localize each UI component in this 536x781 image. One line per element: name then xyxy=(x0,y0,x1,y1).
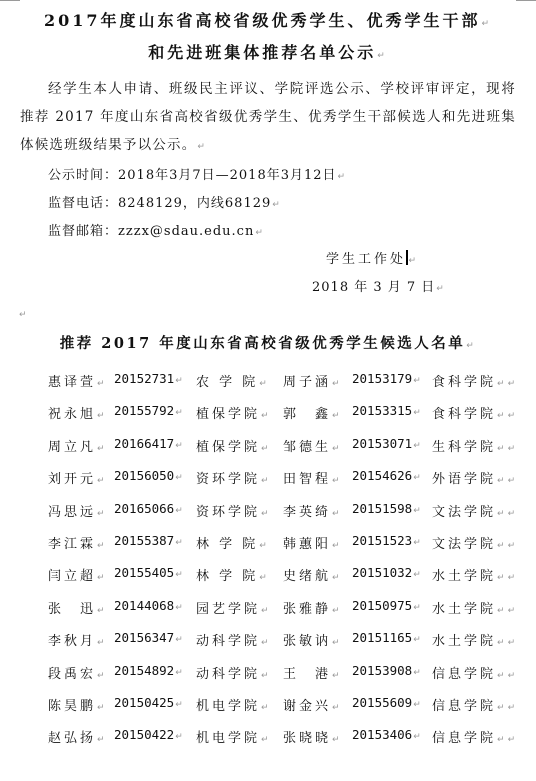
table-row: 陈昊鹏↵20150425↵机电学院↵谢金兴↵20155609↵信息学院↵↵ xyxy=(0,695,536,717)
cell-end-mark-icon: ↵ xyxy=(261,606,272,616)
cell-college1: 植保学院↵ xyxy=(196,403,272,422)
cell-id2: 20151165↵ xyxy=(352,630,421,645)
cell-end-mark-icon: ↵ xyxy=(175,700,183,710)
cell-id2: 20153406↵ xyxy=(352,727,421,742)
cell-id2: 20151032↵ xyxy=(352,565,421,580)
cell-college2: 文法学院↵↵ xyxy=(432,533,518,552)
cell-id1: 20165066↵ xyxy=(114,501,183,516)
cell-id2: 20153179↵ xyxy=(352,371,421,386)
cell-name2: 史绪航↵ xyxy=(283,565,343,584)
cell-end-mark-icon: ↵ xyxy=(413,408,421,418)
cell-college2: 生科学院↵↵ xyxy=(432,436,518,455)
cell-id2: 20150975↵ xyxy=(352,598,421,613)
phone-line: 监督电话：8248129，内线68129↵ xyxy=(48,192,281,211)
cell-name1: 祝永旭↵ xyxy=(48,403,108,422)
cell-end-mark-icon: ↵ xyxy=(413,441,421,451)
row-end-mark-icon: ↵ xyxy=(508,476,519,486)
table-row: 闫立超↵20155405↵林 学 院↵史绪航↵20151032↵水土学院↵↵ xyxy=(0,565,536,587)
cell-end-mark-icon: ↵ xyxy=(261,671,272,681)
cell-end-mark-icon: ↵ xyxy=(413,473,421,483)
cell-id1: 20144068↵ xyxy=(114,598,183,613)
cell-end-mark-icon: ↵ xyxy=(497,509,508,519)
cell-end-mark-icon: ↵ xyxy=(332,703,343,713)
list-title: 推荐 2017 年度山东省高校省级优秀学生候选人名单↵ xyxy=(0,332,536,353)
cell-name1: 刘开元↵ xyxy=(48,468,108,487)
cell-end-mark-icon: ↵ xyxy=(413,603,421,613)
paragraph-mark-icon: ↵ xyxy=(338,172,347,182)
cell-name2: 张雅静↵ xyxy=(283,598,343,617)
table-row: 李秋月↵20156347↵动科学院↵张敏讷↵20151165↵水土学院↵↵ xyxy=(0,630,536,652)
table-row: 李江霖↵20155387↵林 学 院↵韩蕙阳↵20151523↵文法学院↵↵ xyxy=(0,533,536,555)
cell-college2: 信息学院↵↵ xyxy=(432,727,518,746)
cell-end-mark-icon: ↵ xyxy=(261,509,272,519)
row-end-mark-icon: ↵ xyxy=(508,671,519,681)
table-row: 祝永旭↵20155792↵植保学院↵郭 鑫↵20153315↵食科学院↵↵ xyxy=(0,403,536,425)
cell-end-mark-icon: ↵ xyxy=(175,570,183,580)
cell-college2: 水土学院↵↵ xyxy=(432,630,518,649)
cell-college1: 林 学 院↵ xyxy=(196,533,270,552)
cell-end-mark-icon: ↵ xyxy=(332,379,343,389)
cell-end-mark-icon: ↵ xyxy=(413,668,421,678)
cell-end-mark-icon: ↵ xyxy=(332,638,343,648)
cell-college1: 园艺学院↵ xyxy=(196,598,272,617)
cell-end-mark-icon: ↵ xyxy=(175,635,183,645)
table-row: 段禹宏↵20154892↵动科学院↵王 港↵20153908↵信息学院↵↵ xyxy=(0,663,536,685)
cell-end-mark-icon: ↵ xyxy=(175,376,183,386)
cell-end-mark-icon: ↵ xyxy=(332,606,343,616)
cell-id1: 20156050↵ xyxy=(114,468,183,483)
cell-end-mark-icon: ↵ xyxy=(332,541,343,551)
cell-name1: 闫立超↵ xyxy=(48,565,108,584)
cell-end-mark-icon: ↵ xyxy=(497,541,508,551)
cell-end-mark-icon: ↵ xyxy=(332,444,343,454)
cell-end-mark-icon: ↵ xyxy=(97,671,108,681)
cell-name2: 田智程↵ xyxy=(283,468,343,487)
cell-name2: 李英绮↵ xyxy=(283,501,343,520)
table-row: 惠译萱↵20152731↵农 学 院↵周子涵↵20153179↵食科学院↵↵ xyxy=(0,371,536,393)
empty-paragraph: ↵ xyxy=(18,306,28,321)
intro-paragraph: 经学生本人申请、班级民主评议、学院评选公示、学校评审评定，现将推荐 2017 年… xyxy=(20,75,516,161)
cell-college2: 外语学院↵↵ xyxy=(432,468,518,487)
cell-end-mark-icon: ↵ xyxy=(413,570,421,580)
cell-end-mark-icon: ↵ xyxy=(97,379,108,389)
cell-name2: 张敏讷↵ xyxy=(283,630,343,649)
cell-end-mark-icon: ↵ xyxy=(332,735,343,745)
cell-end-mark-icon: ↵ xyxy=(175,506,183,516)
cell-name1: 周立凡↵ xyxy=(48,436,108,455)
paragraph-mark-icon: ↵ xyxy=(409,256,420,266)
crop-mark-top-left xyxy=(0,0,20,1)
cell-end-mark-icon: ↵ xyxy=(497,703,508,713)
cell-college2: 文法学院↵↵ xyxy=(432,501,518,520)
signature: 学生工作处↵ xyxy=(326,248,419,267)
document-title-line2: 和先进班集体推荐名单公示↵ xyxy=(0,40,536,63)
cell-name2: 谢金兴↵ xyxy=(283,695,343,714)
cell-college1: 农 学 院↵ xyxy=(196,371,270,390)
cell-end-mark-icon: ↵ xyxy=(175,408,183,418)
cell-name1: 惠译萱↵ xyxy=(48,371,108,390)
cell-name2: 张晓晓↵ xyxy=(283,727,343,746)
cell-id1: 20156347↵ xyxy=(114,630,183,645)
cell-college1: 植保学院↵ xyxy=(196,436,272,455)
paragraph-mark-icon: ↵ xyxy=(19,310,28,320)
cell-college1: 机电学院↵ xyxy=(196,695,272,714)
row-end-mark-icon: ↵ xyxy=(508,606,519,616)
cell-name1: 赵弘扬↵ xyxy=(48,727,108,746)
row-end-mark-icon: ↵ xyxy=(508,541,519,551)
cell-end-mark-icon: ↵ xyxy=(97,411,108,421)
cell-end-mark-icon: ↵ xyxy=(175,668,183,678)
row-end-mark-icon: ↵ xyxy=(508,638,519,648)
cell-college2: 食科学院↵↵ xyxy=(432,403,518,422)
cell-end-mark-icon: ↵ xyxy=(97,638,108,648)
cell-college1: 机电学院↵ xyxy=(196,727,272,746)
cell-id2: 20153908↵ xyxy=(352,663,421,678)
cell-id1: 20166417↵ xyxy=(114,436,183,451)
cell-id2: 20153071↵ xyxy=(352,436,421,451)
cell-end-mark-icon: ↵ xyxy=(97,606,108,616)
email-link[interactable]: zzzx@sdau.edu.cn xyxy=(118,224,254,239)
row-end-mark-icon: ↵ xyxy=(508,444,519,454)
cell-end-mark-icon: ↵ xyxy=(261,703,272,713)
document-page: 2017年度山东省高校省级优秀学生、优秀学生干部↵ 和先进班集体推荐名单公示↵ … xyxy=(0,0,536,781)
cell-id1: 20155792↵ xyxy=(114,403,183,418)
cell-name1: 冯思远↵ xyxy=(48,501,108,520)
table-row: 刘开元↵20156050↵资环学院↵田智程↵20154626↵外语学院↵↵ xyxy=(0,468,536,490)
table-row: 张 迅↵20144068↵园艺学院↵张雅静↵20150975↵水土学院↵↵ xyxy=(0,598,536,620)
document-title-line1: 2017年度山东省高校省级优秀学生、优秀学生干部↵ xyxy=(0,8,536,31)
cell-id1: 20155387↵ xyxy=(114,533,183,548)
cell-end-mark-icon: ↵ xyxy=(259,379,270,389)
cell-college2: 信息学院↵↵ xyxy=(432,695,518,714)
cell-end-mark-icon: ↵ xyxy=(259,541,270,551)
cell-college1: 动科学院↵ xyxy=(196,663,272,682)
signature-date: 2018 年 3 月 7 日↵ xyxy=(312,276,445,295)
row-end-mark-icon: ↵ xyxy=(508,703,519,713)
cell-end-mark-icon: ↵ xyxy=(413,538,421,548)
cell-name1: 李秋月↵ xyxy=(48,630,108,649)
cell-college1: 资环学院↵ xyxy=(196,501,272,520)
cell-college1: 资环学院↵ xyxy=(196,468,272,487)
cell-end-mark-icon: ↵ xyxy=(332,573,343,583)
cell-end-mark-icon: ↵ xyxy=(97,541,108,551)
cell-name2: 邹德生↵ xyxy=(283,436,343,455)
cell-end-mark-icon: ↵ xyxy=(175,473,183,483)
cell-end-mark-icon: ↵ xyxy=(413,700,421,710)
cell-end-mark-icon: ↵ xyxy=(497,379,508,389)
cell-end-mark-icon: ↵ xyxy=(175,732,183,742)
cell-end-mark-icon: ↵ xyxy=(332,476,343,486)
cell-name1: 李江霖↵ xyxy=(48,533,108,552)
paragraph-mark-icon: ↵ xyxy=(197,142,206,152)
cell-name1: 陈昊鹏↵ xyxy=(48,695,108,714)
cell-end-mark-icon: ↵ xyxy=(332,509,343,519)
cell-name2: 周子涵↵ xyxy=(283,371,343,390)
cell-end-mark-icon: ↵ xyxy=(332,671,343,681)
cell-id1: 20152731↵ xyxy=(114,371,183,386)
cell-end-mark-icon: ↵ xyxy=(175,538,183,548)
cell-end-mark-icon: ↵ xyxy=(97,735,108,745)
paragraph-mark-icon: ↵ xyxy=(466,341,476,351)
cell-end-mark-icon: ↵ xyxy=(332,411,343,421)
cell-end-mark-icon: ↵ xyxy=(97,703,108,713)
cell-college2: 水土学院↵↵ xyxy=(432,598,518,617)
table-row: 赵弘扬↵20150422↵机电学院↵张晓晓↵20153406↵信息学院↵↵ xyxy=(0,727,536,749)
row-end-mark-icon: ↵ xyxy=(508,411,519,421)
cell-id1: 20150422↵ xyxy=(114,727,183,742)
crop-mark-top-right xyxy=(516,0,536,1)
paragraph-mark-icon: ↵ xyxy=(377,51,388,61)
notice-period-line: 公示时间：2018年3月7日—2018年3月12日↵ xyxy=(48,164,346,183)
cell-id2: 20153315↵ xyxy=(352,403,421,418)
cell-end-mark-icon: ↵ xyxy=(261,411,272,421)
cell-end-mark-icon: ↵ xyxy=(413,376,421,386)
cell-end-mark-icon: ↵ xyxy=(413,635,421,645)
cell-id1: 20154892↵ xyxy=(114,663,183,678)
cell-id1: 20155405↵ xyxy=(114,565,183,580)
cell-end-mark-icon: ↵ xyxy=(175,603,183,613)
cell-end-mark-icon: ↵ xyxy=(97,509,108,519)
cell-end-mark-icon: ↵ xyxy=(497,606,508,616)
cell-end-mark-icon: ↵ xyxy=(497,411,508,421)
cell-end-mark-icon: ↵ xyxy=(413,732,421,742)
cell-id2: 20151523↵ xyxy=(352,533,421,548)
cell-name2: 郭 鑫↵ xyxy=(283,403,343,422)
cell-end-mark-icon: ↵ xyxy=(497,638,508,648)
cell-end-mark-icon: ↵ xyxy=(497,573,508,583)
paragraph-mark-icon: ↵ xyxy=(272,200,281,210)
paragraph-mark-icon: ↵ xyxy=(255,228,264,238)
cell-name1: 段禹宏↵ xyxy=(48,663,108,682)
cell-id2: 20155609↵ xyxy=(352,695,421,710)
paragraph-mark-icon: ↵ xyxy=(482,19,493,29)
row-end-mark-icon: ↵ xyxy=(508,379,519,389)
cell-end-mark-icon: ↵ xyxy=(261,638,272,648)
cell-college1: 动科学院↵ xyxy=(196,630,272,649)
cell-college2: 信息学院↵↵ xyxy=(432,663,518,682)
cell-end-mark-icon: ↵ xyxy=(97,444,108,454)
cell-name2: 王 港↵ xyxy=(283,663,343,682)
cell-college1: 林 学 院↵ xyxy=(196,565,270,584)
row-end-mark-icon: ↵ xyxy=(508,573,519,583)
row-end-mark-icon: ↵ xyxy=(508,735,519,745)
cell-id2: 20151598↵ xyxy=(352,501,421,516)
cell-end-mark-icon: ↵ xyxy=(261,735,272,745)
email-line: 监督邮箱：zzzx@sdau.edu.cn↵ xyxy=(48,220,264,239)
cell-end-mark-icon: ↵ xyxy=(497,476,508,486)
cell-college2: 食科学院↵↵ xyxy=(432,371,518,390)
cell-end-mark-icon: ↵ xyxy=(175,441,183,451)
cell-end-mark-icon: ↵ xyxy=(97,573,108,583)
row-end-mark-icon: ↵ xyxy=(508,509,519,519)
paragraph-mark-icon: ↵ xyxy=(436,284,445,294)
cell-name1: 张 迅↵ xyxy=(48,598,108,617)
table-row: 周立凡↵20166417↵植保学院↵邹德生↵20153071↵生科学院↵↵ xyxy=(0,436,536,458)
cell-end-mark-icon: ↵ xyxy=(413,506,421,516)
cell-college2: 水土学院↵↵ xyxy=(432,565,518,584)
cell-end-mark-icon: ↵ xyxy=(497,671,508,681)
cell-end-mark-icon: ↵ xyxy=(497,735,508,745)
cell-end-mark-icon: ↵ xyxy=(261,444,272,454)
text-cursor xyxy=(406,250,408,265)
table-row: 冯思远↵20165066↵资环学院↵李英绮↵20151598↵文法学院↵↵ xyxy=(0,501,536,523)
cell-id1: 20150425↵ xyxy=(114,695,183,710)
cell-name2: 韩蕙阳↵ xyxy=(283,533,343,552)
cell-id2: 20154626↵ xyxy=(352,468,421,483)
cell-end-mark-icon: ↵ xyxy=(261,476,272,486)
cell-end-mark-icon: ↵ xyxy=(97,476,108,486)
cell-end-mark-icon: ↵ xyxy=(259,573,270,583)
cell-end-mark-icon: ↵ xyxy=(497,444,508,454)
